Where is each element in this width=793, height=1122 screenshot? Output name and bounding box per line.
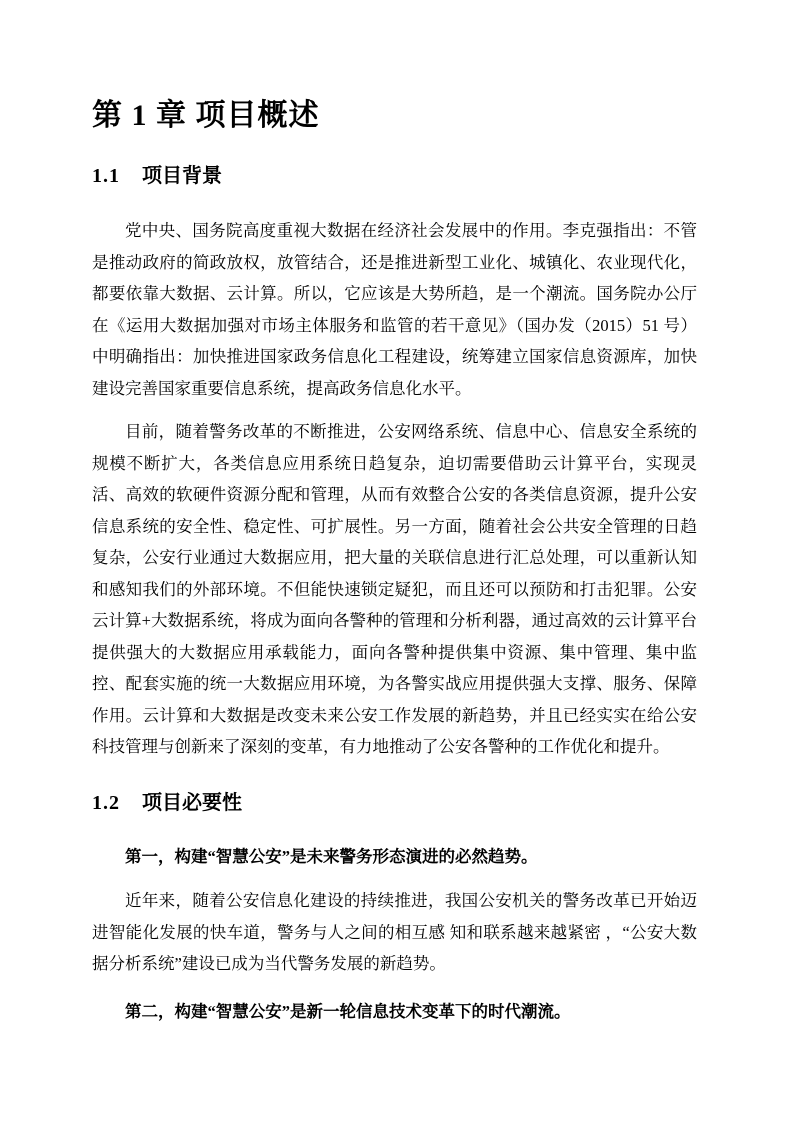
paragraph-point-first: 第一，构建“智慧公安”是未来警务形态演进的必然趋势。 [92, 841, 697, 873]
section-title: 项目背景 [142, 165, 222, 187]
paragraph-background-2: 目前，随着警务改革的不断推进，公安网络系统、信息中心、信息安全系统的规模不断扩大… [92, 416, 697, 763]
chapter-title: 第 1 章 项目概述 [92, 96, 697, 136]
section-title: 项目必要性 [142, 792, 242, 814]
section-number: 1.2 [92, 792, 120, 814]
section-number: 1.1 [92, 165, 120, 187]
section-heading-1-2: 1.2项目必要性 [92, 789, 697, 817]
document-page: 第 1 章 项目概述 1.1项目背景 党中央、国务院高度重视大数据在经济社会发展… [0, 0, 793, 1122]
section-heading-1-1: 1.1项目背景 [92, 162, 697, 190]
paragraph-point-second: 第二，构建“智慧公安”是新一轮信息技术变革下的时代潮流。 [92, 996, 697, 1028]
paragraph-necessity-body: 近年来，随着公安信息化建设的持续推进，我国公安机关的警务改革已开始迈进智能化发展… [92, 885, 697, 980]
paragraph-background-1: 党中央、国务院高度重视大数据在经济社会发展中的作用。李克强指出：不管是推动政府的… [92, 215, 697, 404]
